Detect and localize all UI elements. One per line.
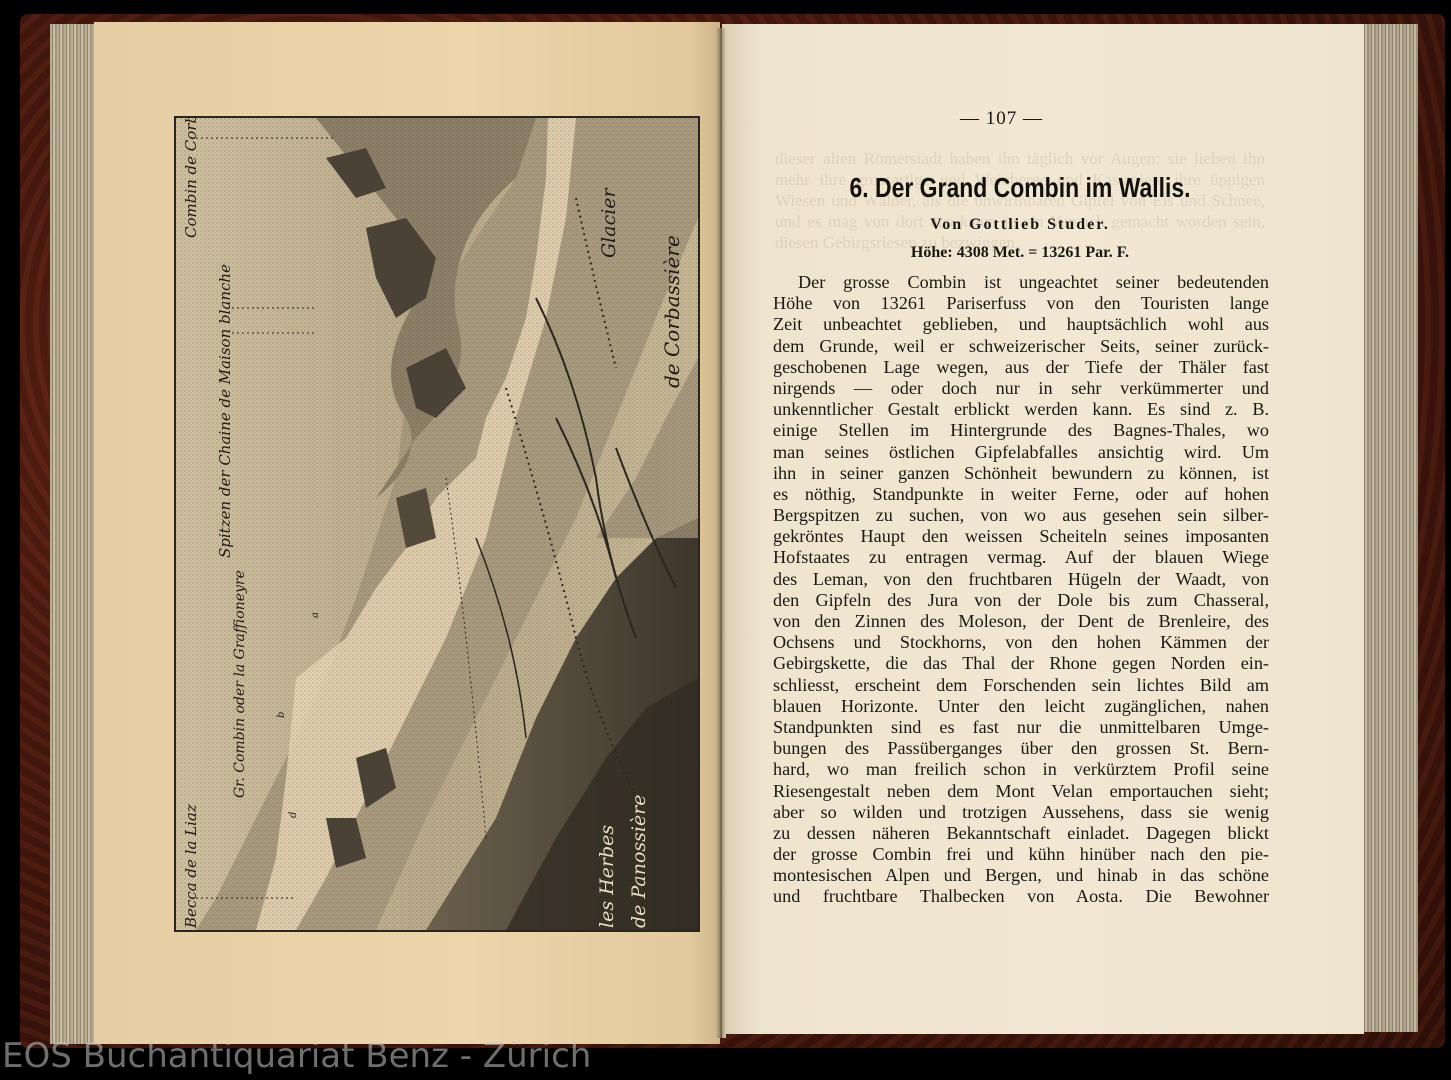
body-text: Der grosse Combin ist ungeachtet seiner … bbox=[773, 272, 1269, 908]
marker-a: a bbox=[310, 612, 321, 618]
text-line: und fruchtbare Thalbecken von Aosta. Die… bbox=[773, 886, 1269, 907]
text-line: ihn in seiner ganzen Schönheit bewundern… bbox=[773, 463, 1269, 484]
text-line: montesischen Alpen und Bergen, und hinab… bbox=[773, 865, 1269, 886]
text-line: nirgends — oder doch nur in sehr verkümm… bbox=[773, 378, 1269, 399]
label-de-corbassiere: de Corbassière bbox=[660, 235, 684, 388]
text-line: blauen Horizonte. Unter den leicht zugän… bbox=[773, 696, 1269, 717]
label-combin-de-corbassiere: Combin de Corbassière bbox=[182, 116, 200, 238]
page-edges-right bbox=[1362, 24, 1418, 1032]
text-line: der grosse Combin frei und kühn hinüber … bbox=[773, 844, 1269, 865]
text-line: unkenntlicher Gestalt erblickt werden ka… bbox=[773, 399, 1269, 420]
page-edges-left bbox=[50, 24, 96, 1044]
label-de-panossiere: de Panossière bbox=[628, 794, 650, 928]
text-line: Höhe von 13261 Pariserfuss von den Touri… bbox=[773, 293, 1269, 314]
text-line: bungen des Passüberganges über den gross… bbox=[773, 738, 1269, 759]
marker-b: b bbox=[276, 712, 287, 718]
text-line: Zeit unbeachtet geblieben, und hauptsäch… bbox=[773, 314, 1269, 335]
text-line: den Gipfeln des Jura von der Dole bis zu… bbox=[773, 590, 1269, 611]
text-line: Bergspitzen zu suchen, von wo aus gesehe… bbox=[773, 505, 1269, 526]
text-line: des Leman, von den fruchtbaren Hügeln de… bbox=[773, 569, 1269, 590]
text-line: Gebirgskette, die das Thal der Rhone geg… bbox=[773, 653, 1269, 674]
text-line: hard, wo man freilich schon in verkürzte… bbox=[773, 759, 1269, 780]
author-line: Von Gottlieb Studer. bbox=[740, 216, 1300, 234]
label-les-herbes: les Herbes bbox=[596, 825, 618, 928]
text-line: man seines östlichen Gipfelabfalles ansi… bbox=[773, 442, 1269, 463]
label-glacier: Glacier bbox=[598, 188, 620, 258]
text-line: von den Zinnen des Moleson, der Dent de … bbox=[773, 611, 1269, 632]
text-line: aber so wilden und trotzigen Aussehens, … bbox=[773, 802, 1269, 823]
text-line: es nöthig, Standpunkte in weiter Ferne, … bbox=[773, 484, 1269, 505]
text-line: Hofstaates zu entragen vermag. Auf der b… bbox=[773, 547, 1269, 568]
label-spitzen-chaine: Spitzen der Chaine de Maison blanche bbox=[216, 264, 234, 558]
text-line: geschobenen Lage wegen, aus der Tiefe de… bbox=[773, 357, 1269, 378]
text-line: Riesengestalt neben dem Mont Velan empor… bbox=[773, 781, 1269, 802]
text-line: zu dessen näheren Bekanntschaft einladet… bbox=[773, 823, 1269, 844]
watermark: EOS Buchantiquariat Benz - Zürich bbox=[2, 1036, 591, 1076]
marker-d: d bbox=[288, 812, 299, 818]
chapter-title: 6. Der Grand Combin im Wallis. bbox=[790, 172, 1249, 204]
text-line: einige Stellen im Hintergrunde des Bagne… bbox=[773, 420, 1269, 441]
text-line: Standpunkten sind es fast nur die unmitt… bbox=[773, 717, 1269, 738]
text-line: gekröntes Haupt den weissen Scheiteln se… bbox=[773, 526, 1269, 547]
mountain-illustration: Combin de Corbassière Spitzen der Chaine… bbox=[174, 116, 700, 932]
text-line: Ochsens und Stockhorns, von den hohen Kä… bbox=[773, 632, 1269, 653]
page-number: — 107 — bbox=[960, 108, 1043, 130]
label-becca-de-la-liaz: Becca de la Liaz bbox=[182, 804, 200, 928]
height-line: Höhe: 4308 Met. = 13261 Par. F. bbox=[740, 244, 1300, 262]
label-gr-combin: Gr. Combin oder la Graffioneyre bbox=[232, 570, 248, 798]
text-line: schliesst, erscheint dem Forschenden sei… bbox=[773, 675, 1269, 696]
book-gutter bbox=[716, 28, 726, 1038]
text-line: Der grosse Combin ist ungeachtet seiner … bbox=[773, 272, 1269, 293]
text-line: dem Grunde, weil er schweizerischer Seit… bbox=[773, 336, 1269, 357]
